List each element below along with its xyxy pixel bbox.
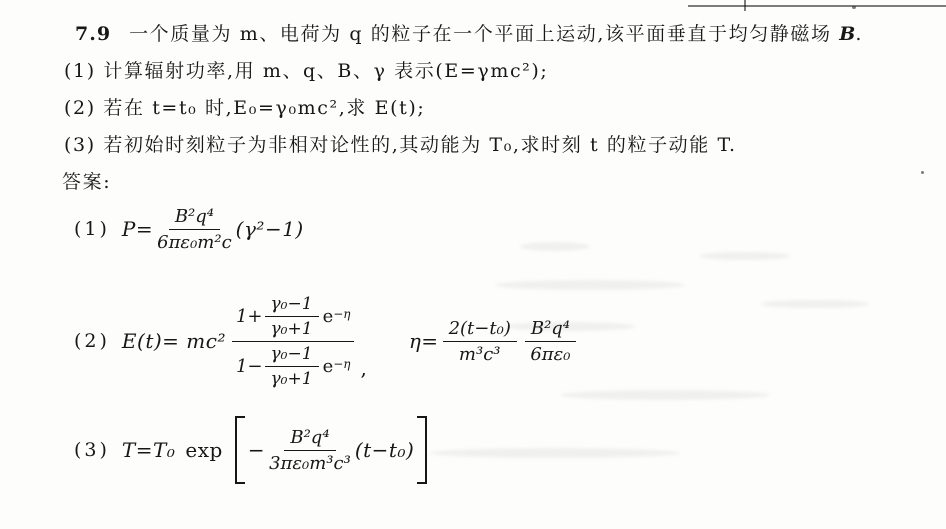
bleedthrough-mark [760, 300, 870, 308]
answer-2-main-fraction: 1+ γ₀−1 γ₀+1 e−η 1− γ₀−1 γ₀+1 e−η [232, 294, 355, 389]
fraction-numerator: γ₀−1 [265, 344, 319, 367]
fraction-denominator: 1− γ₀−1 γ₀+1 e−η [232, 342, 355, 389]
answer-1-tail: (γ²−1) [236, 217, 304, 241]
formula-comma: , [360, 356, 366, 406]
nested-fraction: γ₀−1 γ₀+1 [265, 294, 319, 339]
left-bracket [235, 416, 245, 484]
fraction-denominator: 3πε₀m³c³ [269, 451, 351, 474]
fraction-denominator: m³c³ [459, 342, 501, 365]
answer-2-label: (2) [74, 330, 110, 352]
bleedthrough-mark [700, 252, 790, 260]
answer-1-label: (1) [74, 218, 110, 240]
fraction-numerator: B²q⁴ [525, 318, 576, 342]
fraction-denominator: 6πε₀ [530, 342, 570, 365]
problem-statement-text: 一个质量为 m、电荷为 q 的粒子在一个平面上运动,该平面垂直于均匀静磁场 [129, 23, 839, 45]
scanned-textbook-page: { "problem": { "number": "7.9", "stateme… [0, 0, 946, 529]
scan-edge-line [688, 5, 946, 7]
euler-e: e [323, 306, 334, 327]
exponent-minus-eta: −η [333, 307, 350, 321]
nested-fraction: γ₀−1 γ₀+1 [265, 344, 319, 389]
magnetic-field-symbol: B [839, 23, 855, 45]
fraction-numerator: 2(t−t₀) [443, 318, 517, 342]
euler-e: e [323, 356, 334, 377]
scan-tick-mark [744, 0, 746, 11]
scan-dot [852, 6, 856, 9]
numerator-one-plus: 1+ [236, 306, 263, 327]
eta-fraction-1: 2(t−t₀) m³c³ [443, 318, 517, 365]
denominator-one-minus: 1− [236, 356, 263, 377]
exp-operator: exp [185, 438, 222, 462]
exponent-minus-eta: −η [333, 357, 350, 371]
answer-3-lhs: T=T₀ [122, 438, 175, 462]
answer-3-label: (3) [74, 439, 110, 461]
answer-formula-1: (1) P= B²q⁴ 6πε₀m²c (γ²−1) [74, 198, 304, 260]
eta-fraction-2: B²q⁴ 6πε₀ [525, 318, 576, 365]
minus-sign: − [248, 438, 265, 462]
answer-2-lhs: E(t)= mc² [122, 329, 226, 353]
fraction-denominator: γ₀+1 [271, 367, 313, 389]
fraction-numerator: 1+ γ₀−1 γ₀+1 e−η [232, 294, 355, 342]
problem-item-1: (1) 计算辐射功率,用 m、q、B、γ 表示(E=γmc²); [64, 56, 548, 83]
answer-1-lhs: P= [122, 217, 153, 241]
bleedthrough-mark [430, 448, 680, 458]
bleedthrough-mark [520, 242, 590, 251]
answer-1-fraction: B²q⁴ 6πε₀m²c [157, 206, 232, 253]
scan-dot [921, 171, 924, 174]
answer-formula-3: (3) T=T₀ exp − B²q⁴ 3πε₀m³c³ (t−t₀) [74, 415, 427, 485]
problem-item-2: (2) 若在 t=t₀ 时,E₀=γ₀mc²,求 E(t); [64, 93, 425, 120]
fraction-numerator: B²q⁴ [169, 206, 220, 230]
problem-statement-period: . [855, 23, 863, 45]
answer-3-fraction: B²q⁴ 3πε₀m³c³ [269, 427, 351, 474]
answer-heading: 答案: [62, 167, 111, 194]
right-bracket [417, 416, 427, 484]
problem-statement-line: 7.9一个质量为 m、电荷为 q 的粒子在一个平面上运动,该平面垂直于均匀静磁场… [75, 19, 863, 46]
fraction-denominator: γ₀+1 [271, 317, 313, 339]
fraction-numerator: B²q⁴ [284, 427, 335, 451]
fraction-denominator: 6πε₀m²c [157, 230, 232, 253]
eta-definition-lhs: η= [409, 329, 439, 353]
answer-3-tail: (t−t₀) [355, 438, 414, 462]
problem-number: 7.9 [75, 23, 111, 45]
bleedthrough-mark [560, 390, 770, 400]
problem-item-3: (3) 若初始时刻粒子为非相对论性的,其动能为 T₀,求时刻 t 的粒子动能 T… [64, 130, 737, 157]
fraction-numerator: γ₀−1 [265, 294, 319, 317]
answer-formula-2: (2) E(t)= mc² 1+ γ₀−1 γ₀+1 e−η 1− γ₀−1 γ… [74, 276, 580, 406]
